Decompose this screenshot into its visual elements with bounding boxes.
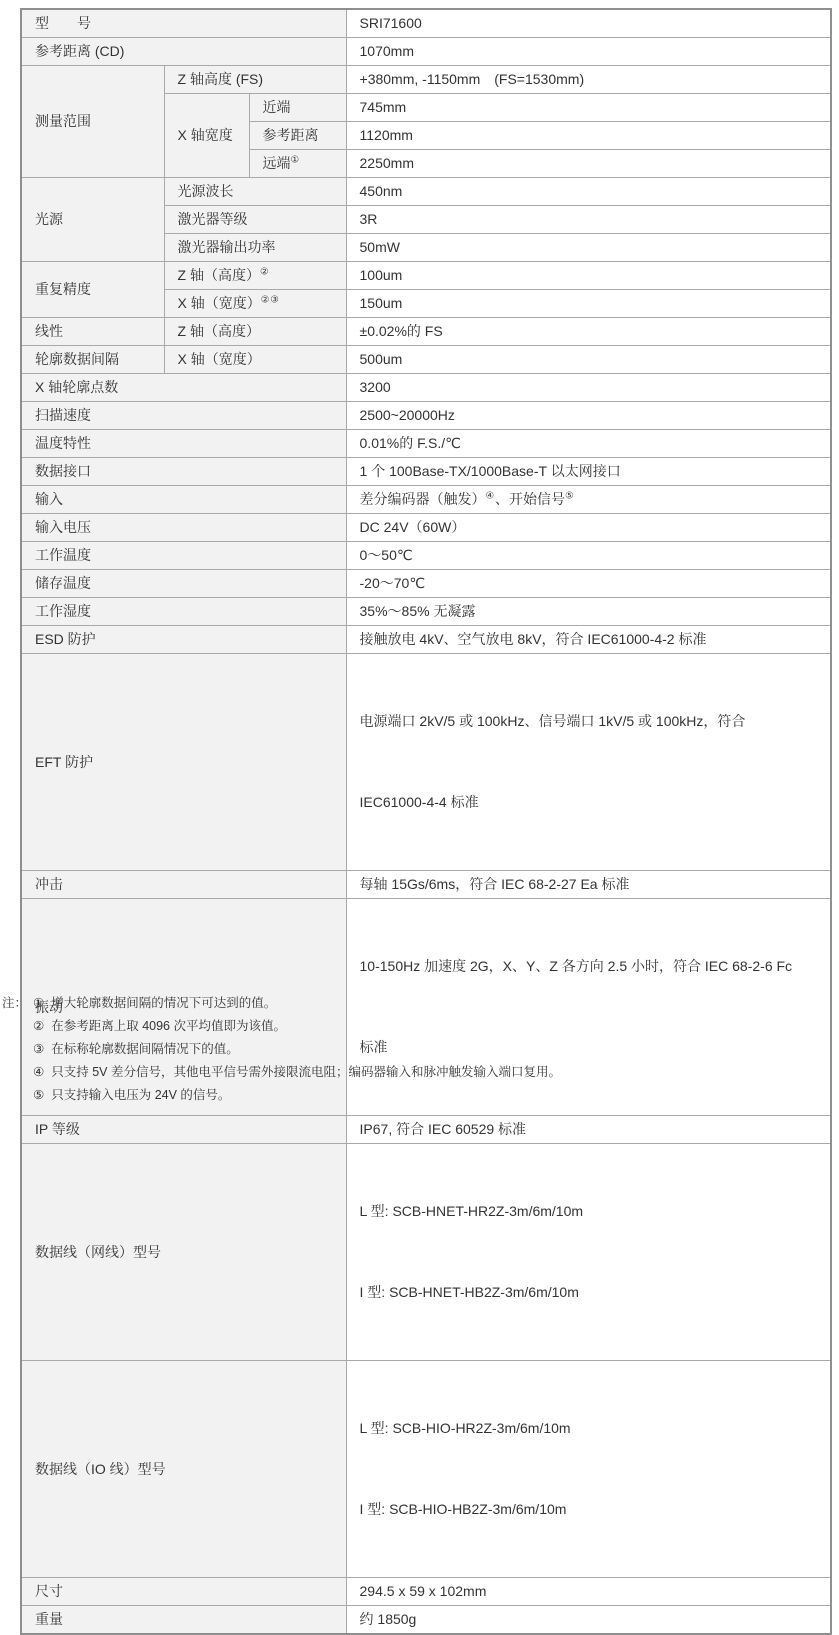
scan-speed-value-cell: 2500~20000Hz [346, 402, 831, 430]
input-value-part2: 、开始信号 [495, 491, 565, 507]
net-cable-line1: L 型: SCB-HNET-HR2Z-3m/6m/10m [360, 1198, 818, 1225]
z-height-value-cell: +380mm, -1150mm (FS=1530mm) [346, 66, 831, 94]
repeatability-z-label-cell: Z 轴（高度）② [164, 262, 346, 290]
input-label-cell: 输入 [21, 486, 346, 514]
footnote-5: ⑤只支持输入电压为 24V 的信号。 [33, 1084, 832, 1107]
profile-interval-sub-label-cell: X 轴（宽度） [164, 346, 346, 374]
footnote-3: ③在标称轮廓数据间隔情况下的值。 [33, 1038, 832, 1061]
x-width-far-label-cell: 远端① [249, 150, 346, 178]
x-width-far-value-cell: 2250mm [346, 150, 831, 178]
row-dimensions: 尺寸 294.5 x 59 x 102mm [21, 1578, 831, 1606]
row-weight: 重量 约 1850g [21, 1606, 831, 1635]
dimensions-label-cell: 尺寸 [21, 1578, 346, 1606]
temperature-characteristic-value-cell: 0.01%的 F.S./℃ [346, 430, 831, 458]
x-width-label-cell: X 轴宽度 [164, 94, 249, 178]
shock-value-cell: 每轴 15Gs/6ms，符合 IEC 68-2-27 Ea 标准 [346, 871, 831, 899]
laser-class-value-cell: 3R [346, 206, 831, 234]
repeatability-x-label: X 轴（宽度） [178, 295, 261, 311]
row-x-profile-points: X 轴轮廓点数 3200 [21, 374, 831, 402]
footnotes-body: ①增大轮廓数据间隔的情况下可达到的值。 ②在参考距离上取 4096 次平均值即为… [2, 992, 832, 1107]
footnote-1-num: ① [33, 996, 44, 1010]
eft-protection-label-cell: EFT 防护 [21, 654, 346, 871]
footnote-3-text: 在标称轮廓数据间隔情况下的值。 [51, 1042, 239, 1056]
row-shock: 冲击 每轴 15Gs/6ms，符合 IEC 68-2-27 Ea 标准 [21, 871, 831, 899]
wavelength-label-cell: 光源波长 [164, 178, 346, 206]
footnote-ref-1: ① [291, 154, 301, 165]
row-z-height: 测量范围 Z 轴高度 (FS) +380mm, -1150mm (FS=1530… [21, 66, 831, 94]
measure-range-label-cell: 测量范围 [21, 66, 164, 178]
repeatability-x-label-cell: X 轴（宽度）②③ [164, 290, 346, 318]
x-profile-points-label-cell: X 轴轮廓点数 [21, 374, 346, 402]
operating-temperature-label-cell: 工作温度 [21, 542, 346, 570]
row-profile-data-interval: 轮廓数据间隔 X 轴（宽度） 500um [21, 346, 831, 374]
net-cable-line2: I 型: SCB-HNET-HB2Z-3m/6m/10m [360, 1279, 818, 1306]
vibration-line1: 10-150Hz 加速度 2G，X、Y、Z 各方向 2.5 小时，符合 IEC … [360, 953, 818, 980]
shock-label-cell: 冲击 [21, 871, 346, 899]
scan-speed-label-cell: 扫描速度 [21, 402, 346, 430]
weight-label-cell: 重量 [21, 1606, 346, 1635]
footnotes-prefix: 注： [2, 992, 27, 1015]
ip-rating-label-cell: IP 等级 [21, 1116, 346, 1144]
footnote-5-num: ⑤ [33, 1088, 44, 1102]
profile-interval-label-cell: 轮廓数据间隔 [21, 346, 164, 374]
io-cable-line2: I 型: SCB-HIO-HB2Z-3m/6m/10m [360, 1496, 818, 1523]
input-value-cell: 差分编码器（触发）④、开始信号⑤ [346, 486, 831, 514]
ip-rating-value-cell: IP67, 符合 IEC 60529 标准 [346, 1116, 831, 1144]
linearity-label-cell: 线性 [21, 318, 164, 346]
row-net-cable: 数据线（网线）型号 L 型: SCB-HNET-HR2Z-3m/6m/10m I… [21, 1144, 831, 1361]
io-cable-value-cell: L 型: SCB-HIO-HR2Z-3m/6m/10m I 型: SCB-HIO… [346, 1361, 831, 1578]
row-input-voltage: 输入电压 DC 24V（60W） [21, 514, 831, 542]
row-operating-humidity: 工作湿度 35%～85% 无凝露 [21, 598, 831, 626]
io-cable-label-cell: 数据线（IO 线）型号 [21, 1361, 346, 1578]
x-width-near-value-cell: 745mm [346, 94, 831, 122]
repeatability-z-label: Z 轴（高度） [178, 267, 260, 283]
footnote-4-num: ④ [33, 1065, 44, 1079]
eft-protection-line1: 电源端口 2kV/5 或 100kHz、信号端口 1kV/5 或 100kHz，… [360, 708, 818, 735]
row-data-interface: 数据接口 1 个 100Base-TX/1000Base-T 以太网接口 [21, 458, 831, 486]
footnote-ref-5: ⑤ [565, 490, 575, 501]
row-reference-distance: 参考距离 (CD) 1070mm [21, 38, 831, 66]
linearity-value-cell: ±0.02%的 FS [346, 318, 831, 346]
row-eft-protection: EFT 防护 电源端口 2kV/5 或 100kHz、信号端口 1kV/5 或 … [21, 654, 831, 871]
row-repeatability-z: 重复精度 Z 轴（高度）② 100um [21, 262, 831, 290]
light-source-label-cell: 光源 [21, 178, 164, 262]
storage-temperature-value-cell: -20～70℃ [346, 570, 831, 598]
io-cable-line1: L 型: SCB-HIO-HR2Z-3m/6m/10m [360, 1415, 818, 1442]
row-linearity: 线性 Z 轴（高度） ±0.02%的 FS [21, 318, 831, 346]
dimensions-value-cell: 294.5 x 59 x 102mm [346, 1578, 831, 1606]
net-cable-value-cell: L 型: SCB-HNET-HR2Z-3m/6m/10m I 型: SCB-HN… [346, 1144, 831, 1361]
x-width-near-label-cell: 近端 [249, 94, 346, 122]
storage-temperature-label-cell: 储存温度 [21, 570, 346, 598]
row-storage-temperature: 储存温度 -20～70℃ [21, 570, 831, 598]
repeatability-label-cell: 重复精度 [21, 262, 164, 318]
specification-table: 型 号 SRI71600 参考距离 (CD) 1070mm 测量范围 Z 轴高度… [20, 8, 832, 1635]
x-width-far-label: 远端 [263, 155, 291, 171]
data-interface-value-cell: 1 个 100Base-TX/1000Base-T 以太网接口 [346, 458, 831, 486]
footnote-1-text: 增大轮廓数据间隔的情况下可达到的值。 [51, 996, 276, 1010]
linearity-sub-label-cell: Z 轴（高度） [164, 318, 346, 346]
profile-interval-value-cell: 500um [346, 346, 831, 374]
footnote-2-num: ② [33, 1019, 44, 1033]
input-voltage-label-cell: 输入电压 [21, 514, 346, 542]
operating-humidity-label-cell: 工作湿度 [21, 598, 346, 626]
operating-temperature-value-cell: 0～50℃ [346, 542, 831, 570]
footnote-2-text: 在参考距离上取 4096 次平均值即为该值。 [51, 1019, 286, 1033]
laser-power-label-cell: 激光器输出功率 [164, 234, 346, 262]
weight-value-cell: 约 1850g [346, 1606, 831, 1635]
operating-humidity-value-cell: 35%～85% 无凝露 [346, 598, 831, 626]
repeatability-z-value-cell: 100um [346, 262, 831, 290]
footnote-4: ④只支持 5V 差分信号，其他电平信号需外接限流电阻；编码器输入和脉冲触发输入端… [33, 1061, 832, 1084]
row-input: 输入 差分编码器（触发）④、开始信号⑤ [21, 486, 831, 514]
reference-distance-value-cell: 1070mm [346, 38, 831, 66]
footnote-ref-2-3: ②③ [261, 294, 280, 305]
esd-protection-label-cell: ESD 防护 [21, 626, 346, 654]
row-operating-temperature: 工作温度 0～50℃ [21, 542, 831, 570]
laser-power-value-cell: 50mW [346, 234, 831, 262]
laser-class-label-cell: 激光器等级 [164, 206, 346, 234]
repeatability-x-value-cell: 150um [346, 290, 831, 318]
net-cable-label-cell: 数据线（网线）型号 [21, 1144, 346, 1361]
temperature-characteristic-label-cell: 温度特性 [21, 430, 346, 458]
row-temperature-characteristic: 温度特性 0.01%的 F.S./℃ [21, 430, 831, 458]
row-wavelength: 光源 光源波长 450nm [21, 178, 831, 206]
footnote-5-text: 只支持输入电压为 24V 的信号。 [51, 1088, 230, 1102]
data-interface-label-cell: 数据接口 [21, 458, 346, 486]
esd-protection-value-cell: 接触放电 4kV、空气放电 8kV，符合 IEC61000-4-2 标准 [346, 626, 831, 654]
model-label-cell: 型 号 [21, 9, 346, 38]
row-io-cable: 数据线（IO 线）型号 L 型: SCB-HIO-HR2Z-3m/6m/10m … [21, 1361, 831, 1578]
input-voltage-value-cell: DC 24V（60W） [346, 514, 831, 542]
footnote-2: ②在参考距离上取 4096 次平均值即为该值。 [33, 1015, 832, 1038]
row-ip-rating: IP 等级 IP67, 符合 IEC 60529 标准 [21, 1116, 831, 1144]
footnote-1: ①增大轮廓数据间隔的情况下可达到的值。 [33, 992, 832, 1015]
eft-protection-line2: IEC61000-4-4 标准 [360, 789, 818, 816]
wavelength-value-cell: 450nm [346, 178, 831, 206]
footnote-4-text: 只支持 5V 差分信号，其他电平信号需外接限流电阻；编码器输入和脉冲触发输入端口… [51, 1065, 561, 1079]
x-width-reference-value-cell: 1120mm [346, 122, 831, 150]
footnote-ref-4: ④ [486, 490, 496, 501]
eft-protection-value-cell: 电源端口 2kV/5 或 100kHz、信号端口 1kV/5 或 100kHz，… [346, 654, 831, 871]
input-value-part1: 差分编码器（触发） [360, 491, 486, 507]
footnote-3-num: ③ [33, 1042, 44, 1056]
x-width-reference-label-cell: 参考距离 [249, 122, 346, 150]
reference-distance-label-cell: 参考距离 (CD) [21, 38, 346, 66]
row-esd-protection: ESD 防护 接触放电 4kV、空气放电 8kV，符合 IEC61000-4-2… [21, 626, 831, 654]
footnote-ref-2: ② [260, 266, 270, 277]
footnotes: 注： ①增大轮廓数据间隔的情况下可达到的值。 ②在参考距离上取 4096 次平均… [2, 992, 832, 1107]
row-model: 型 号 SRI71600 [21, 9, 831, 38]
model-value-cell: SRI71600 [346, 9, 831, 38]
spec-sheet-page: 型 号 SRI71600 参考距离 (CD) 1070mm 测量范围 Z 轴高度… [0, 0, 839, 1100]
x-profile-points-value-cell: 3200 [346, 374, 831, 402]
z-height-label-cell: Z 轴高度 (FS) [164, 66, 346, 94]
row-scan-speed: 扫描速度 2500~20000Hz [21, 402, 831, 430]
